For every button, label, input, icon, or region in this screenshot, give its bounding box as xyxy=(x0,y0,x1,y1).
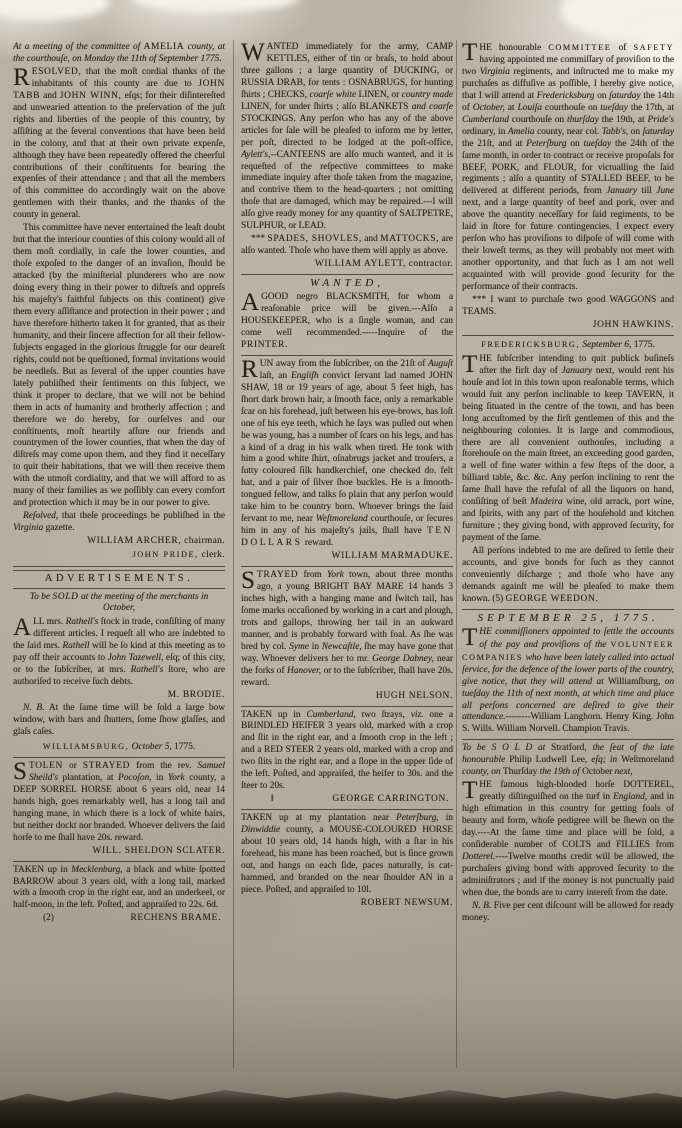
signature-sclater: WILL. SHELDON SCLATER. xyxy=(13,846,225,858)
cumberland-strays-ad: TAKEN up in Cumberland, two ſtrays, viz.… xyxy=(241,710,453,794)
drop-cap: A xyxy=(13,617,33,638)
section-rule xyxy=(241,274,453,275)
drop-cap: T xyxy=(462,627,479,648)
signature-name: RECHENS BRAME. xyxy=(130,913,221,925)
volunteer-companies-notice: THE commiſſioners appointed to ſettle th… xyxy=(462,627,674,737)
runaway-john-shaw-ad: RUN away from the ſubſcriber, on the 21ſ… xyxy=(241,359,453,550)
committee-of-safety-ad: THE honourable COMMITTEE of SAFETY havin… xyxy=(462,42,674,294)
section-rule xyxy=(241,566,453,567)
williamsburg-dateline: WILLIAMSBURG, October 5, 1775. xyxy=(13,741,225,754)
signature-robert-newsum: ROBERT NEWSUM. xyxy=(241,898,453,910)
section-rule xyxy=(241,355,453,356)
section-rule xyxy=(462,335,674,336)
drop-cap: R xyxy=(13,67,32,88)
drop-cap: W xyxy=(241,42,267,63)
drop-cap: S xyxy=(241,570,257,591)
column-rule xyxy=(233,40,234,1068)
stratford-sale-heading: To be S O L D at Stratford, the ſeat of … xyxy=(462,743,674,779)
section-rule xyxy=(13,588,225,589)
signature-m-brodie: M. BRODIE. xyxy=(13,690,225,702)
committee-paragraph: This committee have never entertained th… xyxy=(13,223,225,510)
nb-bow-window: N. B. At the ſame time will be ſold a la… xyxy=(13,703,225,739)
column-3: THE honourable COMMITTEE of SAFETY havin… xyxy=(462,42,674,1084)
column-1: At a meeting of the committee of AMELIA … xyxy=(13,42,225,1084)
weedon-debts-paragraph: All perſons indebted to me are deſired t… xyxy=(462,546,674,606)
drop-cap: T xyxy=(462,780,479,801)
section-rule xyxy=(462,609,674,610)
army-supplies-ad: WANTED immediately for the army, CAMP KE… xyxy=(241,42,453,233)
section-rule xyxy=(462,739,674,740)
page-mark: (2) xyxy=(43,913,54,925)
signature-name: GEORGE CARRINGTON. xyxy=(332,794,449,806)
spades-note: *** SPADES, SHOVLES, and MATTOCKS, are a… xyxy=(241,234,453,258)
section-rule xyxy=(13,566,225,571)
rathell-sale-heading: To be SOLD at the meeting of the merchan… xyxy=(13,592,225,616)
column-rule xyxy=(456,40,457,1068)
strayed-mare-ad: STRAYED from York town, about three mont… xyxy=(241,570,453,690)
rathell-ad: ALL mrs. Rathell's ſtock in trade, conſi… xyxy=(13,617,225,689)
waggons-note: *** I want to purchaſe two good WAGGONS … xyxy=(462,295,674,319)
signature-william-aylett: WILLIAM AYLETT, contractor. xyxy=(241,259,453,271)
section-rule xyxy=(13,861,225,862)
section-rule xyxy=(241,809,453,810)
column-2: WANTED immediately for the army, CAMP KE… xyxy=(241,42,453,1084)
advertisements-heading: ADVERTISEMENTS. xyxy=(13,573,225,585)
drop-cap: T xyxy=(462,42,479,63)
resolved-paragraph: RESOLVED, that the moſt cordial thanks o… xyxy=(13,67,225,222)
mouse-horse-ad: TAKEN up at my plantation near Peterſbur… xyxy=(241,813,453,897)
signature-hugh-nelson: HUGH NELSON. xyxy=(241,691,453,703)
drop-cap: A xyxy=(241,292,261,313)
page-mark: ‖ xyxy=(271,794,274,806)
resolved-publish-line: Reſolved, that theſe proceedings be publ… xyxy=(13,511,225,535)
mecklenburg-barrow-ad: TAKEN up in Mecklenburg, a black and whi… xyxy=(13,865,225,913)
section-rule xyxy=(241,706,453,707)
signature-john-hawkins: JOHN HAWKINS. xyxy=(462,320,674,332)
fredericksburg-dateline: FREDERICKSBURG, September 6, 1775. xyxy=(462,339,674,352)
drop-cap: S xyxy=(13,761,29,782)
september-25-heading: SEPTEMBER 25, 1775. xyxy=(462,613,674,625)
section-rule xyxy=(13,757,225,758)
signature-william-archer: WILLIAM ARCHER, chairman. xyxy=(13,536,225,548)
tavern-rent-ad: THE ſubſcriber intending to quit publick… xyxy=(462,354,674,545)
wanted-heading: WANTED, xyxy=(241,278,453,290)
drop-cap: T xyxy=(462,354,479,375)
nb-discount: N. B. Five per cent diſcount will be all… xyxy=(462,901,674,925)
signature-marmaduke: WILLIAM MARMADUKE. xyxy=(241,551,453,563)
signature-rechens-brame: (2)RECHENS BRAME. xyxy=(13,913,225,925)
dateline-amelia-meeting: At a meeting of the committee of AMELIA … xyxy=(13,42,225,66)
signature-george-carrington: ‖GEORGE CARRINGTON. xyxy=(241,794,453,806)
newspaper-page: At a meeting of the committee of AMELIA … xyxy=(0,0,682,1128)
dotterel-horse-ad: THE famous high-blooded horſe DOTTEREL, … xyxy=(462,780,674,900)
blacksmith-ad: AGOOD negro BLACKSMITH, for whom a reaſo… xyxy=(241,292,453,352)
stolen-horse-ad: STOLEN or STRAYED from the rev. Samuel S… xyxy=(13,761,225,845)
drop-cap: R xyxy=(241,359,260,380)
signature-john-pride: JOHN PRIDE, clerk. xyxy=(13,549,225,562)
